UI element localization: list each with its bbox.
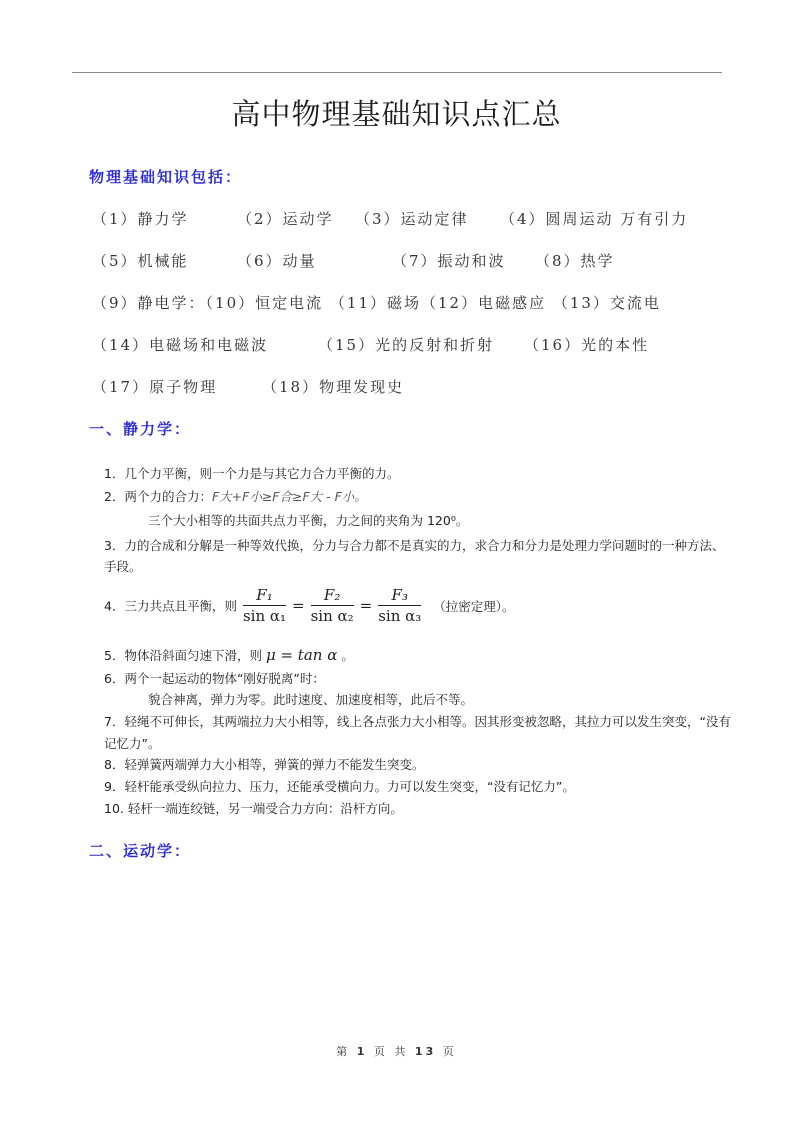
statics-item-6-note: 貌合神离，弹力为零。此时速度、加速度相等，此后不等。 bbox=[148, 690, 473, 708]
topic-item: （15）光的反射和折射 bbox=[318, 334, 494, 355]
topic-item: （7）振动和波 bbox=[392, 250, 506, 271]
friction-formula: μ = tan α bbox=[266, 646, 337, 664]
topic-item: （3）运动定律 bbox=[355, 208, 469, 229]
total-pages: 13 bbox=[415, 1045, 436, 1058]
section-heading-statics: 一、静力学： bbox=[89, 418, 191, 439]
intro-heading: 物理基础知识包括： bbox=[89, 166, 242, 187]
topic-item: （18）物理发现史 bbox=[262, 376, 404, 397]
topic-item: （5）机械能 bbox=[92, 250, 189, 271]
statics-item-3-line2: 手段。 bbox=[104, 557, 142, 575]
statics-item-2: 2．两个力的合力：F大+F小≥F合≥F大 - F小。 bbox=[104, 487, 367, 505]
topic-item: （14）电磁场和电磁波 bbox=[92, 334, 268, 355]
statics-item-1: 1．几个力平衡，则一个力是与其它力合力平衡的力。 bbox=[104, 464, 399, 482]
statics-item-7-line2: 记忆力”。 bbox=[104, 734, 160, 752]
topic-item: （1）静力学 bbox=[92, 208, 189, 229]
lami-fraction-1: F₁sin α₁ bbox=[243, 586, 286, 625]
statics-item-7-line1: 7．轻绳不可伸长，其两端拉力大小相等，线上各点张力大小相等。因其形变被忽略，其拉… bbox=[104, 712, 731, 730]
topic-item: （17）原子物理 bbox=[92, 376, 217, 397]
topic-item: （16）光的本性 bbox=[524, 334, 649, 355]
statics-item-5: 5．物体沿斜面匀速下滑，则 μ = tan α 。 bbox=[104, 646, 354, 664]
topic-item: （2）运动学 bbox=[237, 208, 334, 229]
lami-fraction-2: F₂sin α₂ bbox=[311, 586, 354, 625]
header-rule bbox=[72, 72, 722, 73]
statics-item-8: 8．轻弹簧两端弹力大小相等，弹簧的弹力不能发生突变。 bbox=[104, 755, 424, 773]
topic-item: （6）动量 bbox=[237, 250, 317, 271]
statics-item-3-line1: 3．力的合成和分解是一种等效代换，分力与合力都不是真实的力，求合力和分力是处理力… bbox=[104, 536, 724, 554]
section-heading-kinematics: 二、运动学： bbox=[89, 840, 191, 861]
topic-item: （4）圆周运动 万有引力 bbox=[500, 208, 688, 229]
statics-item-2-note: 三个大小相等的共面共点力平衡，力之间的夹角为 120⁰。 bbox=[148, 511, 468, 529]
page-title: 高中物理基础知识点汇总 bbox=[0, 92, 793, 133]
resultant-force-formula: F大+F小≥F合≥F大 - F小。 bbox=[212, 489, 367, 504]
statics-item-4: 4．三力共点且平衡，则 F₁sin α₁ = F₂sin α₂ = F₃sin … bbox=[104, 586, 515, 625]
statics-item-9: 9．轻杆能承受纵向拉力、压力，还能承受横向力。力可以发生突变，“没有记忆力”。 bbox=[104, 777, 575, 795]
lami-fraction-3: F₃sin α₃ bbox=[378, 586, 421, 625]
page-footer: 第 1 页 共 13 页 bbox=[0, 1043, 793, 1059]
topic-item: （8）热学 bbox=[535, 250, 615, 271]
statics-item-6: 6．两个一起运动的物体“刚好脱离”时： bbox=[104, 669, 325, 687]
statics-item-10: 10. 轻杆一端连绞链，另一端受合力方向：沿杆方向。 bbox=[104, 799, 403, 817]
current-page: 1 bbox=[357, 1045, 368, 1058]
topic-item: （9）静电学：（10）恒定电流 （11）磁场（12）电磁感应 （13）交流电 bbox=[92, 292, 661, 313]
